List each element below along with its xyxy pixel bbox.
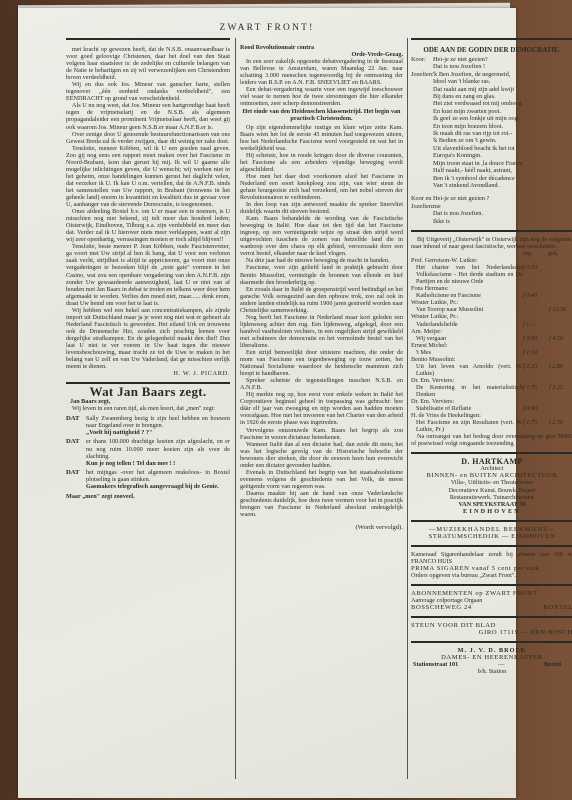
paragraph: In een zeer zakelijk opgezette debatverg…	[240, 58, 403, 86]
ad-beekmans-line1: —MUZIEKHANDEL BEEKMANS—	[411, 526, 572, 533]
poem-chorus: Koor enHei-je ze niet gezien ?Jozefien:m…	[411, 195, 572, 225]
heading-line1: Rood Revolutionnair contra	[240, 44, 403, 51]
paragraph: Evenals in Duitschland het begrip van he…	[240, 469, 403, 490]
column-right: ODE AAN DE GODIN DER DEMOCRATIE. Koor:He…	[411, 38, 572, 675]
article-debate-intro: In een zeer zakelijk opgezette debatverg…	[240, 58, 403, 107]
price-ing: f 1.50	[523, 349, 549, 356]
book-entry: Vaderlandsliefdef 1.—	[411, 321, 572, 328]
book-author: Ernest Michel:	[411, 342, 572, 349]
ad-sigaren-line2: PRIMA SIGAREN vanaf 5 cent per stuk.	[411, 565, 572, 572]
paragraph: Op zijn eigendommelijke rustige en klare…	[240, 124, 403, 152]
poem-speaker	[411, 145, 433, 152]
poem-text: En kust mijn zwarten poot.	[433, 108, 501, 115]
poem-speaker	[411, 108, 433, 115]
paragraph: In den loop van zijn antwoord maakte de …	[240, 201, 403, 215]
poem-text: Ben ik 't symbool der décadence	[433, 175, 515, 182]
ad-sigaren-line3: Orders opgeven via bureau „Zwart Front".	[411, 572, 572, 579]
paragraph: Hoe men het daar doet voorkomen alsof he…	[240, 173, 403, 201]
book-title: 't Mes	[411, 349, 523, 356]
book-author: Prof. Gerretson-W. Lutkie:	[411, 257, 572, 264]
ad-abonnementen-line2: Aanvrage colportage Orgaan	[411, 597, 572, 604]
paragraph: Fascisme, voor zijn geliefd land in prak…	[240, 264, 403, 285]
book-title: Van Toorop naar Mussolini	[411, 306, 523, 313]
poem-speaker	[411, 93, 433, 100]
poem-line: En toon mijn boezem bloot.	[411, 123, 572, 130]
dat-item: DAThet mijngas -over het algemeen reukel…	[66, 469, 230, 490]
column-middle: Rood Revolutionnair contra Orde-Vrede-Ge…	[235, 38, 408, 779]
ad-broek-role: DAMES- EN HEERENKAPPER	[411, 654, 572, 661]
book-entry: Het charter van het Nederlandsche Volksf…	[411, 264, 572, 285]
ad-hartkamp-line1: BINNEN- en BUITEN ARCHITECTUUR	[411, 472, 572, 479]
poem-speaker	[411, 152, 433, 159]
price-ing: f 2.20	[523, 363, 549, 377]
ad-broek-note: b/h. Station	[411, 668, 572, 675]
dat-list: DATSally Zwanenberg bezig is zijn heel h…	[66, 415, 230, 489]
ad-abonnementen-street: BOSSCHEWEG 24	[411, 604, 472, 611]
poem-line: Jozefien:'k Ben Jozefien, de negermeid,	[411, 71, 572, 78]
poem-text: Ikke is	[433, 218, 450, 225]
article-debate-body: Op zijn eigendommelijke rustige en klare…	[240, 124, 403, 519]
columns: met kracht op gewezen heeft, dat de N.S.…	[66, 38, 518, 778]
ad-beekmans-line2: STRATUMSCHEDIJK — EINDHOVEN	[411, 533, 572, 540]
book-author: Benito Mussolini:	[411, 356, 572, 363]
price-geb	[549, 321, 572, 328]
ad-abonnementen-city: BOXTEL	[543, 604, 572, 611]
column-left: met kracht op gewezen heeft, dat de N.S.…	[66, 38, 230, 500]
book-entry: De Kentering in het materialistisch Denk…	[411, 384, 572, 398]
ad-hartkamp-line3: Decoratieve Kunst. Bouwk. Expert	[411, 487, 572, 494]
book-title: Stabilisatie of Reflatie	[411, 405, 523, 412]
price-geb	[549, 405, 572, 412]
poem: Koor:Hei-je ze niet gezien?Dat is nou Jo…	[411, 56, 572, 189]
price-geb	[549, 264, 572, 285]
heading-line2: Orde-Vrede-Gezag.	[240, 51, 403, 58]
poem-line: 'k Bedien ze om 't gewin.	[411, 137, 572, 144]
book-entry: Het Fascisme en zijn Resultaten (vert. W…	[411, 419, 572, 433]
poem-line: Dat is nou Jozefien !	[411, 63, 572, 70]
intro-bold: Jan Baars zegt,	[70, 398, 230, 405]
paragraph: Nog heeft het Fascisme in Nederland maar…	[240, 314, 403, 349]
poem-speaker	[411, 63, 433, 70]
ad-hartkamp-role: Architect	[411, 465, 572, 472]
paragraph: Na drie jaar had de nieuwe beweging de m…	[240, 257, 403, 264]
header-geb: geb.	[548, 250, 572, 257]
ad-broek-city: Boxtel	[544, 661, 561, 668]
book-title: Het Fascisme en zijn Resultaten (vert. W…	[411, 419, 523, 433]
poem-text: Idool van 't blanke ras.	[433, 78, 490, 85]
paragraph: Een debat-vergadering waarin voor een in…	[240, 86, 403, 107]
paragraph: Tenslotte, beste meneer P. Jean Köbben, …	[66, 243, 230, 306]
dat-emphasis: Kun je nog tellen ! Tel dan mee ! !	[86, 460, 230, 467]
ad-sigaren: Kameraad Sigarenhandelaar zendt bij afna…	[411, 551, 572, 579]
dat-key: DAT	[66, 438, 82, 466]
divider	[411, 616, 572, 618]
book-author: H. de Vries de Heekelingen:	[411, 412, 572, 419]
dat-text: Sally Zwanenberg bezig is zijn heel hebb…	[86, 415, 230, 429]
book-entry: 't Mesf 1.50	[411, 349, 572, 356]
continued-note: (Wordt vervolgd).	[240, 524, 403, 531]
book-title: Het charter van het Nederlandsche Volksf…	[411, 264, 523, 285]
price-ing: f 0.90	[523, 405, 549, 412]
paragraph: Wij hebben wel een hekel aan concentrati…	[66, 307, 230, 370]
divider	[411, 545, 572, 547]
ad-broek-address: Stationstraat 101 — Boxtel	[411, 661, 572, 668]
poem-line: Half naakt,- héél naakt, astrant,	[411, 167, 572, 174]
price-geb: f 2.50	[549, 419, 572, 433]
paragraph: Tenslotte, meneer Köbben, wil ik U een g…	[66, 145, 230, 208]
book-title: Wij vergaan	[411, 335, 523, 342]
divider	[411, 452, 572, 454]
poem-line: Idool van 't blanke ras.	[411, 78, 572, 85]
poem-text: me	[433, 203, 441, 210]
poem-line: Het ziet verdwaasd tot mij omhoog	[411, 100, 572, 107]
newspaper-page: ZWART FRONT! met kracht op gewezen heeft…	[18, 8, 516, 798]
article-picard: met kracht op gewezen heeft, dat de N.S.…	[66, 46, 230, 370]
poem-text: Uit slavenbloed beacht ik het tot	[433, 145, 515, 152]
headline-wat-jan-baars-zegt: Wat Jan Baars zegt.	[66, 388, 230, 395]
poem-line: Dat is nou Jozefien.	[411, 210, 572, 217]
poem-line: Dat raakt aan mij zijn adel kwijt	[411, 86, 572, 93]
poem-speaker: Jozefien:	[411, 71, 433, 78]
paragraph: Onze afdeeling Boxtel b.v. om U er maar …	[66, 208, 230, 243]
poem-speaker	[411, 160, 433, 167]
book-author: Dr. Em. Verviers:	[411, 398, 572, 405]
book-title: Katholicisme en Fascisme	[411, 292, 523, 299]
price-geb: f 2.80	[549, 363, 572, 377]
dat-key: DAT	[66, 469, 82, 490]
paragraph: Spreker schetste de tegenstellingen tuss…	[240, 377, 403, 391]
paragraph: Vervolgens ontzenuwde Kam. Baars het beg…	[240, 427, 403, 441]
price-ing: f 1.—	[523, 321, 549, 328]
poem-text: Hei-je ze niet gezien ?	[433, 195, 489, 202]
paragraph: Een strijd bemoeilijkt door sinistere ma…	[240, 349, 403, 377]
ad-hartkamp: D. HARTKAMP Architect BINNEN- en BUITEN …	[411, 458, 572, 514]
price-ing: f 1.75	[523, 419, 549, 433]
ad-broek-street: Stationstraat 101	[413, 661, 458, 668]
ad-hartkamp-city: EINDHOVEN	[411, 508, 572, 515]
poem-line: Jozefien:me	[411, 203, 572, 210]
poem-speaker	[411, 167, 433, 174]
header-ing: ing.	[523, 250, 548, 257]
poem-text: Van 't zinkend Avondland.	[433, 182, 499, 189]
book-list: Prof. Gerretson-W. Lutkie:Het charter va…	[411, 257, 572, 433]
dat-emphasis: Gasmakers telegrafisch aangevraagd bij d…	[86, 483, 230, 490]
paragraph: Wanneer Italië dan al een dictator had, …	[240, 441, 403, 469]
masthead: ZWART FRONT!	[18, 23, 516, 33]
divider	[411, 584, 572, 586]
price-geb	[549, 292, 572, 299]
poem-speaker: Jozefien:	[411, 203, 433, 210]
poem-line: Ik geef ze een lonkje uit mijn oog-	[411, 115, 572, 122]
poem-speaker	[411, 218, 433, 225]
paragraph: Wij en dus ook Jos. Mineur van ganscher …	[66, 81, 230, 102]
ad-abonnementen: ABONNEMENTEN op ZWART FRONT Aanvrage col…	[411, 590, 572, 611]
price-geb	[549, 349, 572, 356]
ad-broek-name: M. J. V. D. BROEK	[411, 647, 572, 654]
poem-speaker	[411, 78, 433, 85]
poem-line: Ik maak dit ras van rijp tot rot.-	[411, 130, 572, 137]
poem-speaker	[411, 86, 433, 93]
book-author: Wouter Lutkie, Pr.:	[411, 299, 572, 306]
poem-text: Half naakt,- héél naakt, astrant,	[433, 167, 512, 174]
dat-key: DAT	[66, 415, 82, 436]
book-entry: Uit het leven van Arnoldo (vert. W. Lutk…	[411, 363, 572, 377]
poem-speaker: Koor:	[411, 56, 433, 63]
ad-hartkamp-line4: Restauratiewerk. Tuinarchitectuur	[411, 494, 572, 501]
poem-speaker	[411, 123, 433, 130]
price-geb: f 2.25	[549, 384, 572, 398]
ad-hartkamp-name: D. HARTKAMP	[411, 458, 572, 465]
price-ing	[523, 306, 549, 313]
book-author: Arn. Meijer:	[411, 328, 572, 335]
dat-body: er thans 100.000 drachtige koeien zijn a…	[86, 438, 230, 466]
ad-hartkamp-address: VAN SPEYKSTRAAT 30	[411, 501, 572, 508]
closing: Maar „men" zegt zooveel.	[66, 493, 230, 500]
poem-text: 'k Ben Jozefien, de negermeid,	[433, 71, 510, 78]
poem-title: ODE AAN DE GODIN DER DEMOCRATIE.	[411, 46, 572, 54]
poem-speaker	[411, 175, 433, 182]
poem-speaker: Koor en	[411, 195, 433, 202]
ad-abonnementen-address: BOSSCHEWEG 24 BOXTEL	[411, 604, 572, 611]
paragraph: Daarna maakte hij aan de hand van onze V…	[240, 490, 403, 518]
paragraph: Hij merkte nog op, hoe eerst voor enkele…	[240, 391, 403, 426]
dat-text: het mijngas -over het algemeen reukeloos…	[86, 469, 230, 483]
poem-text: Ik geef ze een lonkje uit mijn oog-	[433, 115, 520, 122]
poem-text: Hei-je ze niet gezien?	[433, 56, 488, 63]
poem-text: En toon mijn boezem bloot.	[433, 123, 503, 130]
subheading: Het einde van den Heidenschen klassenstr…	[240, 108, 403, 122]
book-entry: Van Toorop naar Mussolinif 12.50	[411, 306, 572, 313]
price-geb: f 12.50	[549, 306, 572, 313]
price-ing: f 0.40	[523, 292, 549, 299]
book-entry: Stabilisatie of Reflatief 0.90	[411, 405, 572, 412]
book-title: Vaderlandsliefde	[411, 321, 523, 328]
poem-speaker	[411, 137, 433, 144]
poem-line: Europa's Koningin.	[411, 152, 572, 159]
poem-speaker	[411, 115, 433, 122]
poem-line: Mijn troon staat in ,la douce France.	[411, 160, 572, 167]
price-headers: ing. geb.	[411, 250, 572, 257]
signature: H. W. J. PICARD.	[66, 370, 230, 377]
price-ing: f 3.90	[523, 335, 549, 342]
poem-line: Ikke is	[411, 218, 572, 225]
poem-text: Mijn troon staat in ,la douce France.	[433, 160, 524, 167]
price-ing: f 1.75	[523, 384, 549, 398]
divider	[411, 520, 572, 522]
publisher-note: Na ontvangst van het bedrag door overmak…	[411, 433, 572, 447]
book-entry: Katholicisme en Fascismef 0.40	[411, 292, 572, 299]
divider	[411, 230, 572, 232]
poem-text: Europa's Koningin.	[433, 152, 482, 159]
dat-item: DATSally Zwanenberg bezig is zijn heel h…	[66, 415, 230, 436]
price-ing: f 0.50	[523, 264, 549, 285]
price-geb: f 4.50	[549, 335, 572, 342]
poem-speaker	[411, 100, 433, 107]
poem-speaker	[411, 182, 433, 189]
ad-sigaren-line1: Kameraad Sigarenhandelaar zendt bij afna…	[411, 551, 572, 565]
poem-text: Ik maak dit ras van rijp tot rot.-	[433, 130, 512, 137]
book-author: Wouter Lutkie, Pr.:	[411, 313, 572, 320]
dat-item: DATer thans 100.000 drachtige koeien zij…	[66, 438, 230, 466]
poem-text: Dat is nou Jozefien !	[433, 63, 485, 70]
book-title: De Kentering in het materialistisch Denk…	[411, 384, 523, 398]
book-author: Dr. Em. Verviers:	[411, 377, 572, 384]
poem-text: 'k Bedien ze om 't gewin.	[433, 137, 496, 144]
paragraph: En zooals daar in Italië de groepenstrij…	[240, 286, 403, 314]
poem-line: Bij dans en zang en glas.	[411, 93, 572, 100]
poem-line: Koor enHei-je ze niet gezien ?	[411, 195, 572, 202]
dat-body: Sally Zwanenberg bezig is zijn heel hebb…	[86, 415, 230, 436]
poem-text: Het ziet verdwaasd tot mij omhoog	[433, 100, 522, 107]
dat-emphasis: „Voelt hij nattigheid ? ?"	[86, 429, 230, 436]
dat-text: er thans 100.000 drachtige koeien zijn a…	[86, 438, 230, 459]
ad-broek: M. J. V. D. BROEK DAMES- EN HEERENKAPPER…	[411, 647, 572, 675]
poem-line: Koor:Hei-je ze niet gezien?	[411, 56, 572, 63]
poem-speaker	[411, 130, 433, 137]
poem-line: Ben ik 't symbool der décadence	[411, 175, 572, 182]
book-author: Fons Hermans:	[411, 285, 572, 292]
ad-steun-line1: STEUN VOOR DIT BLAD	[411, 622, 572, 629]
ad-abonnementen-line1: ABONNEMENTEN op ZWART FRONT	[411, 590, 572, 597]
ad-steun-line2: GIRO 17119 — DEN BOSCH	[411, 629, 572, 636]
paragraph: met kracht op gewezen heeft, dat de N.S.…	[66, 46, 230, 81]
ad-steun: STEUN VOOR DIT BLAD GIRO 17119 — DEN BOS…	[411, 622, 572, 636]
paragraph: Hij schetste, hoe in roode kringen door …	[240, 152, 403, 173]
paragraph: Kam. Baars behandelde de wording van de …	[240, 215, 403, 257]
poem-speaker	[411, 210, 433, 217]
book-title: Uit het leven van Arnoldo (vert. W. Lutk…	[411, 363, 523, 377]
poem-line: Van 't zinkend Avondland.	[411, 182, 572, 189]
intro: Wij leven in een raren tijd, als men hoo…	[66, 405, 230, 412]
book-entry: Wij vergaanf 3.90f 4.50	[411, 335, 572, 342]
ad-beekmans: —MUZIEKHANDEL BEEKMANS— STRATUMSCHEDIJK …	[411, 526, 572, 540]
poem-text: Dat is nou Jozefien.	[433, 210, 483, 217]
paragraph: Als U nu nog weet, dat Jos. Mineur een h…	[66, 102, 230, 130]
paragraph: Over eenige door U genoemde bestuursfunc…	[66, 131, 230, 145]
ad-broek-dash: —	[498, 661, 504, 668]
poem-text: Dat raakt aan mij zijn adel kwijt	[433, 86, 514, 93]
dat-body: het mijngas -over het algemeen reukeloos…	[86, 469, 230, 490]
poem-line: En kust mijn zwarten poot.	[411, 108, 572, 115]
divider	[411, 641, 572, 643]
ad-hartkamp-line2: Villa-, Utiliteits- en Theaterbouw	[411, 479, 572, 486]
poem-text: Bij dans en zang en glas.	[433, 93, 496, 100]
poem-line: Uit slavenbloed beacht ik het tot	[411, 145, 572, 152]
publisher-intro: Bij Uitgeverij „Oisterwijk" te Oisterwij…	[411, 236, 572, 250]
